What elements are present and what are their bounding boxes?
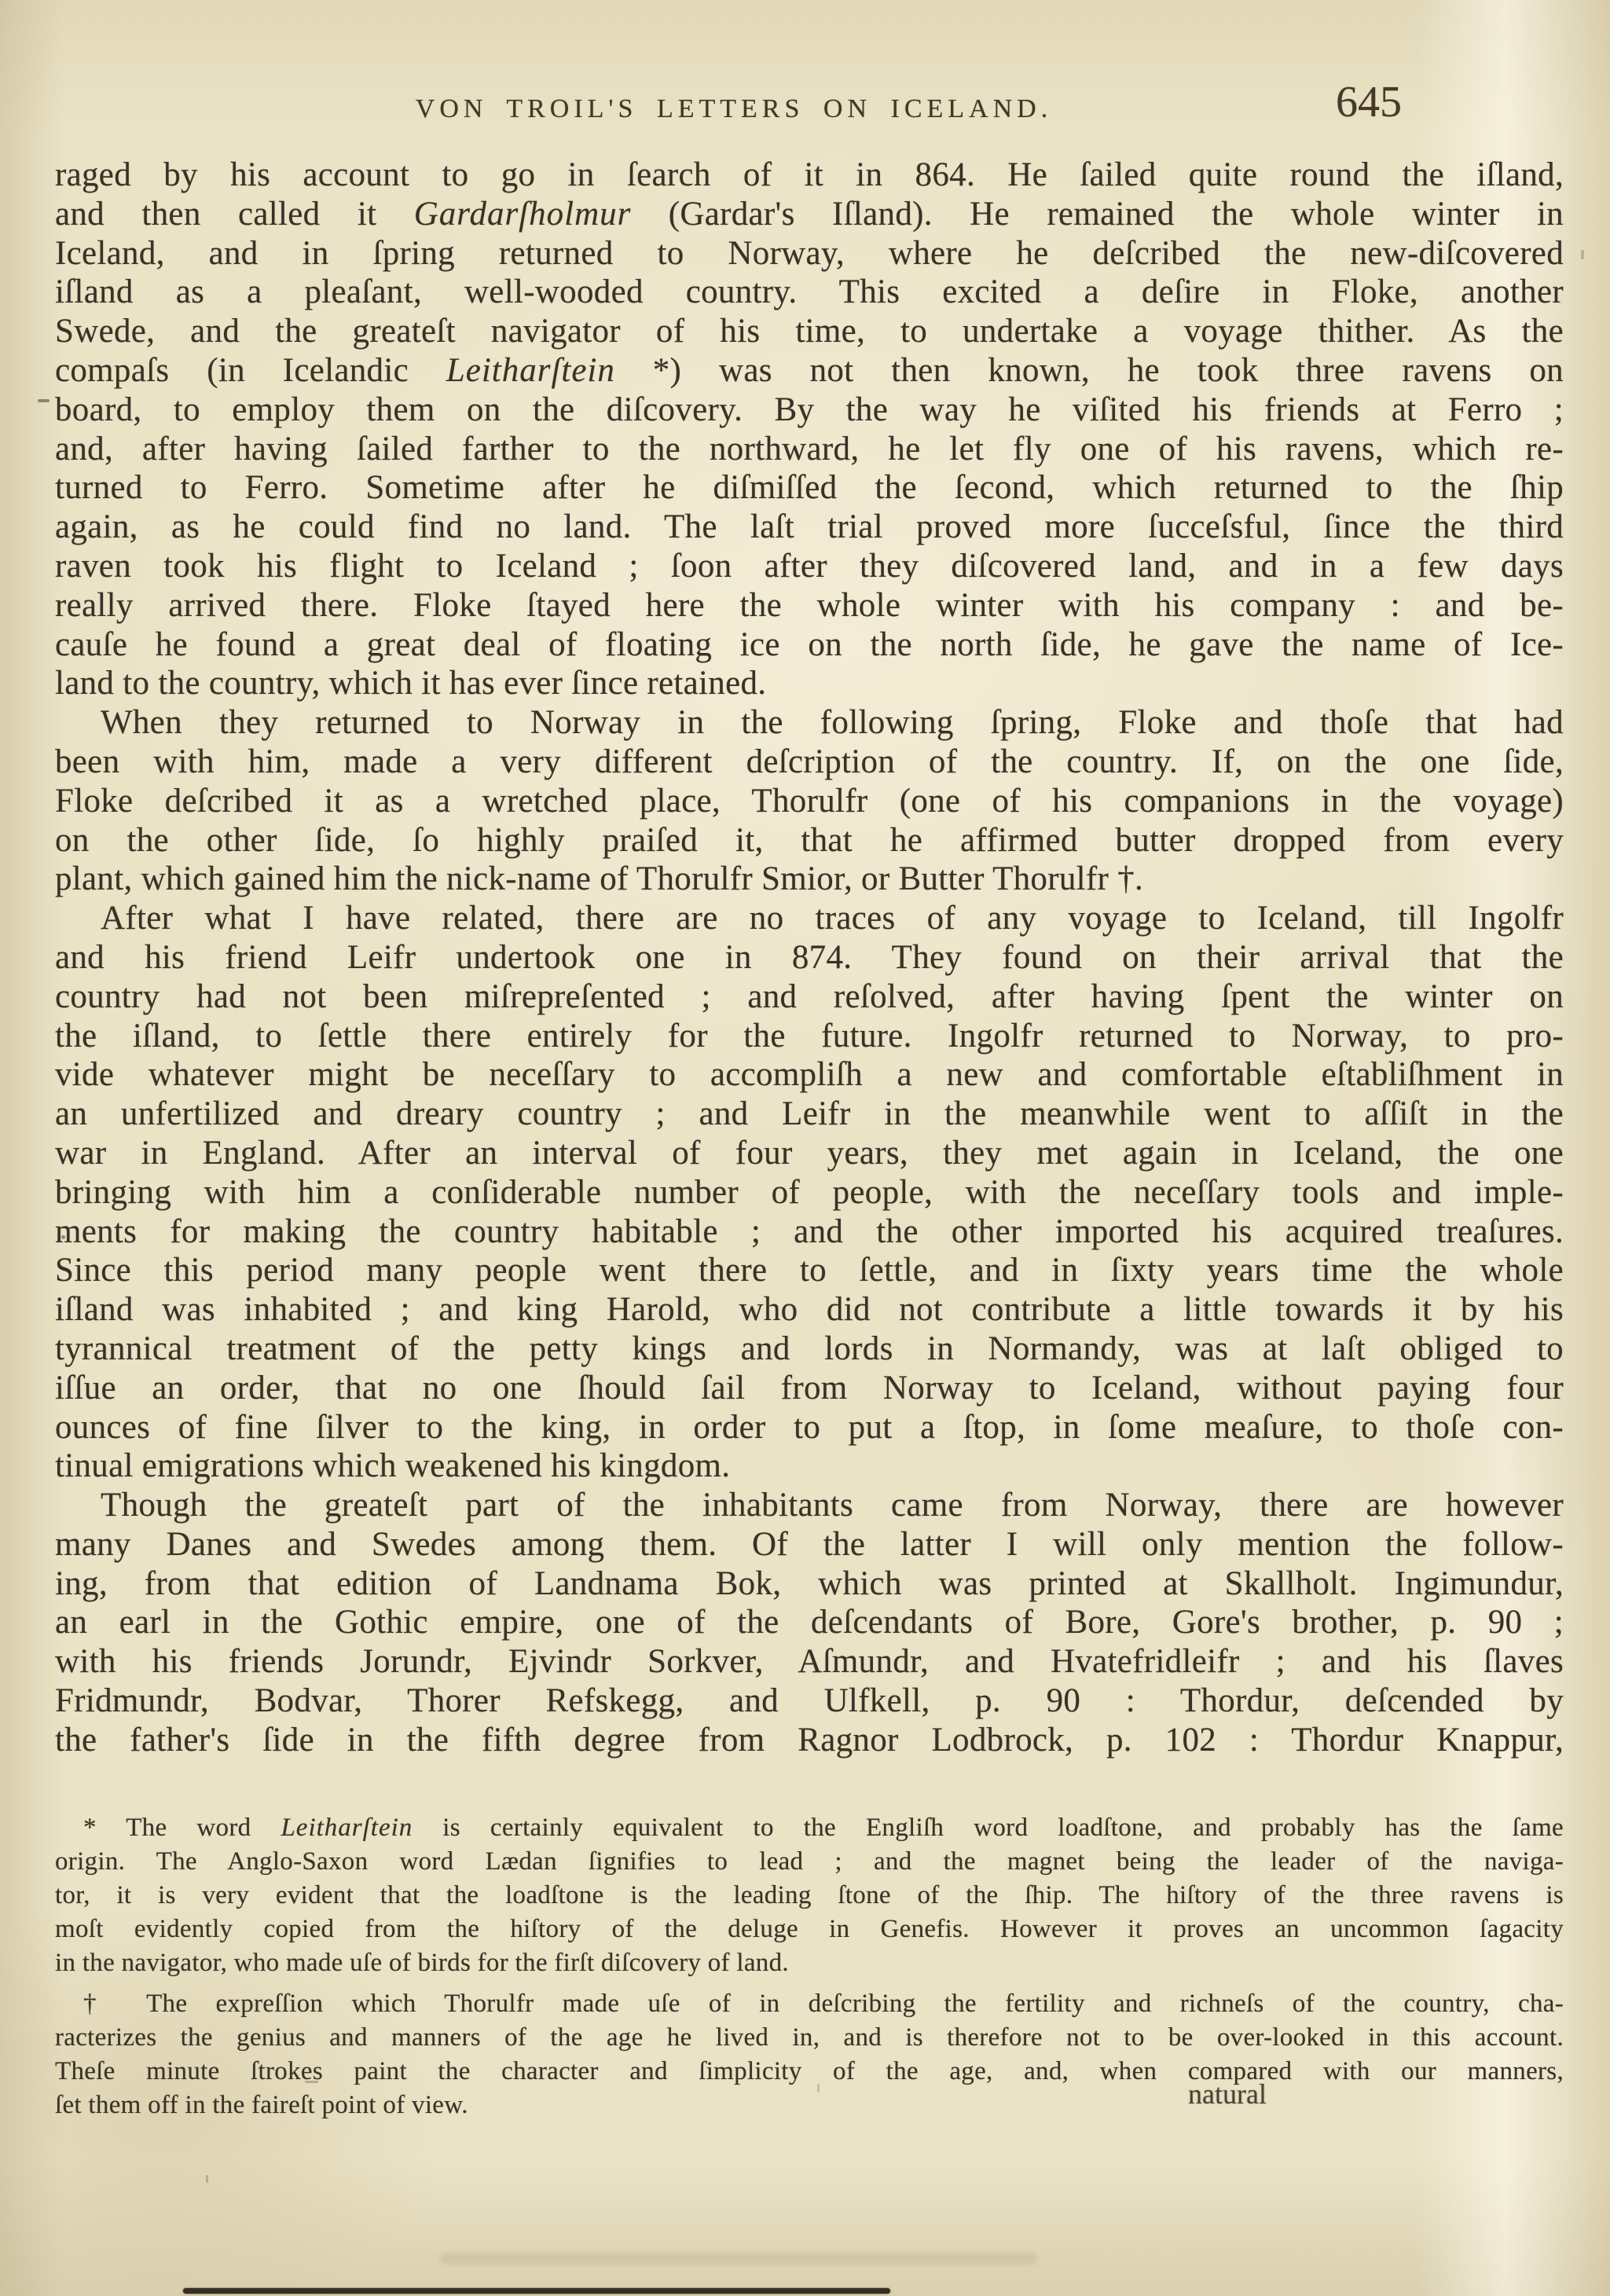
footnotes-section: * The word Leitharſtein is certainly equ…: [55, 1804, 1564, 2122]
text-line: on the other ſide, ſo highly praiſed it,…: [55, 821, 1564, 860]
text-line: ing, from that edition of Landnama Bok, …: [55, 1564, 1564, 1604]
text-line: bringing with him a conſiderable number …: [55, 1173, 1564, 1212]
text-line: racterizes the genius and manners of the…: [55, 2021, 1564, 2055]
text-line: vide whatever might be neceſſary to acco…: [55, 1055, 1564, 1095]
ink-speck: [817, 2084, 820, 2092]
text-line: board, to employ them on the diſcovery. …: [55, 391, 1564, 430]
text-line: really arrived there. Floke ſtayed here …: [55, 586, 1564, 625]
text-line: Iceland, and in ſpring returned to Norwa…: [55, 234, 1564, 273]
text-line: cauſe he found a great deal of floating …: [55, 625, 1564, 665]
text-line: tor, it is very evident that the loadſto…: [55, 1879, 1564, 1913]
text-line: After what I have related, there are no …: [55, 899, 1564, 938]
text-line: tyrannical treatment of the petty kings …: [55, 1330, 1564, 1369]
text-line: many Danes and Swedes among them. Of the…: [55, 1525, 1564, 1564]
text-line: iſland was inhabited ; and king Harold, …: [55, 1290, 1564, 1330]
page-number: 645: [1336, 77, 1402, 127]
text-line: Floke deſcribed it as a wretched place, …: [55, 782, 1564, 821]
text-line: Since this period many people went there…: [55, 1251, 1564, 1290]
text-line: † The expreſſion which Thorulfr made uſe…: [55, 1987, 1564, 2021]
text-line: iſſue an order, that no one ſhould ſail …: [55, 1369, 1564, 1408]
text-line: Fridmundr, Bodvar, Thorer Refskegg, and …: [55, 1682, 1564, 1721]
text-line: moſt evidently copied from the hiſtory o…: [55, 1913, 1564, 1946]
scan-artifact-line: [183, 2288, 890, 2294]
text-line: When they returned to Norway in the foll…: [55, 703, 1564, 743]
ink-speck: [38, 399, 50, 402]
ink-speck: [1581, 250, 1584, 259]
running-header-title: VON TROIL'S LETTERS ON ICELAND.: [382, 94, 1086, 124]
text-line: plant, which gained him the nick-name of…: [55, 860, 1564, 899]
text-line: and, after having ſailed farther to the …: [55, 430, 1564, 469]
text-line: raven took his flight to Iceland ; ſoon …: [55, 547, 1564, 586]
body-text: raged by his account to go in ſearch of …: [55, 156, 1564, 1760]
text-line: an earl in the Gothic empire, one of the…: [55, 1603, 1564, 1642]
text-line: the iſland, to ſettle there entirely for…: [55, 1017, 1564, 1056]
text-line: iſland as a pleaſant, well-wooded countr…: [55, 273, 1564, 312]
text-line: tinual emigrations which weakened his ki…: [55, 1447, 1564, 1486]
catchword: natural: [1188, 2078, 1267, 2111]
text-line: ments for making the country habitable ;…: [55, 1212, 1564, 1252]
text-line: origin. The Anglo-Saxon word Lædan ſigni…: [55, 1845, 1564, 1879]
text-line: in the navigator, who made uſe of birds …: [55, 1946, 1564, 1980]
text-line: * The word Leitharſtein is certainly equ…: [55, 1811, 1564, 1845]
ink-bleedthrough-smudge: [440, 2252, 1037, 2265]
text-line: again, as he could find no land. The laſ…: [55, 508, 1564, 547]
text-line: been with him, made a very different deſ…: [55, 743, 1564, 782]
text-line: war in England. After an interval of fou…: [55, 1134, 1564, 1173]
ink-speck: [206, 2175, 208, 2183]
ink-speck: [305, 2081, 318, 2083]
text-line: the father's ſide in the fifth degree fr…: [55, 1721, 1564, 1760]
text-line: ſet them off in the faireſt point of vie…: [55, 2089, 1564, 2122]
text-line: turned to Ferro. Sometime after he diſmi…: [55, 468, 1564, 508]
text-line: an unfertilized and dreary country ; and…: [55, 1095, 1564, 1134]
text-line: country had not been miſrepreſented ; an…: [55, 977, 1564, 1017]
scanned-book-page: VON TROIL'S LETTERS ON ICELAND. 645 rage…: [0, 0, 1610, 2296]
text-line: raged by his account to go in ſearch of …: [55, 156, 1564, 195]
text-line: Theſe minute ſtrokes paint the character…: [55, 2055, 1564, 2089]
text-line: land to the country, which it has ever ſ…: [55, 664, 1564, 703]
text-line: and then called it Gardarſholmur (Gardar…: [55, 195, 1564, 234]
text-line: ounces of fine ſilver to the king, in or…: [55, 1408, 1564, 1447]
text-line: Swede, and the greateſt navigator of his…: [55, 312, 1564, 351]
text-line: compaſs (in Icelandic Leitharſtein *) wa…: [55, 351, 1564, 391]
text-line: and his friend Leifr undertook one in 87…: [55, 938, 1564, 977]
ink-speck: [61, 1235, 65, 1239]
text-line: with his friends Jorundr, Ejvindr Sorkve…: [55, 1642, 1564, 1682]
text-line: Though the greateſt part of the inhabita…: [55, 1486, 1564, 1525]
